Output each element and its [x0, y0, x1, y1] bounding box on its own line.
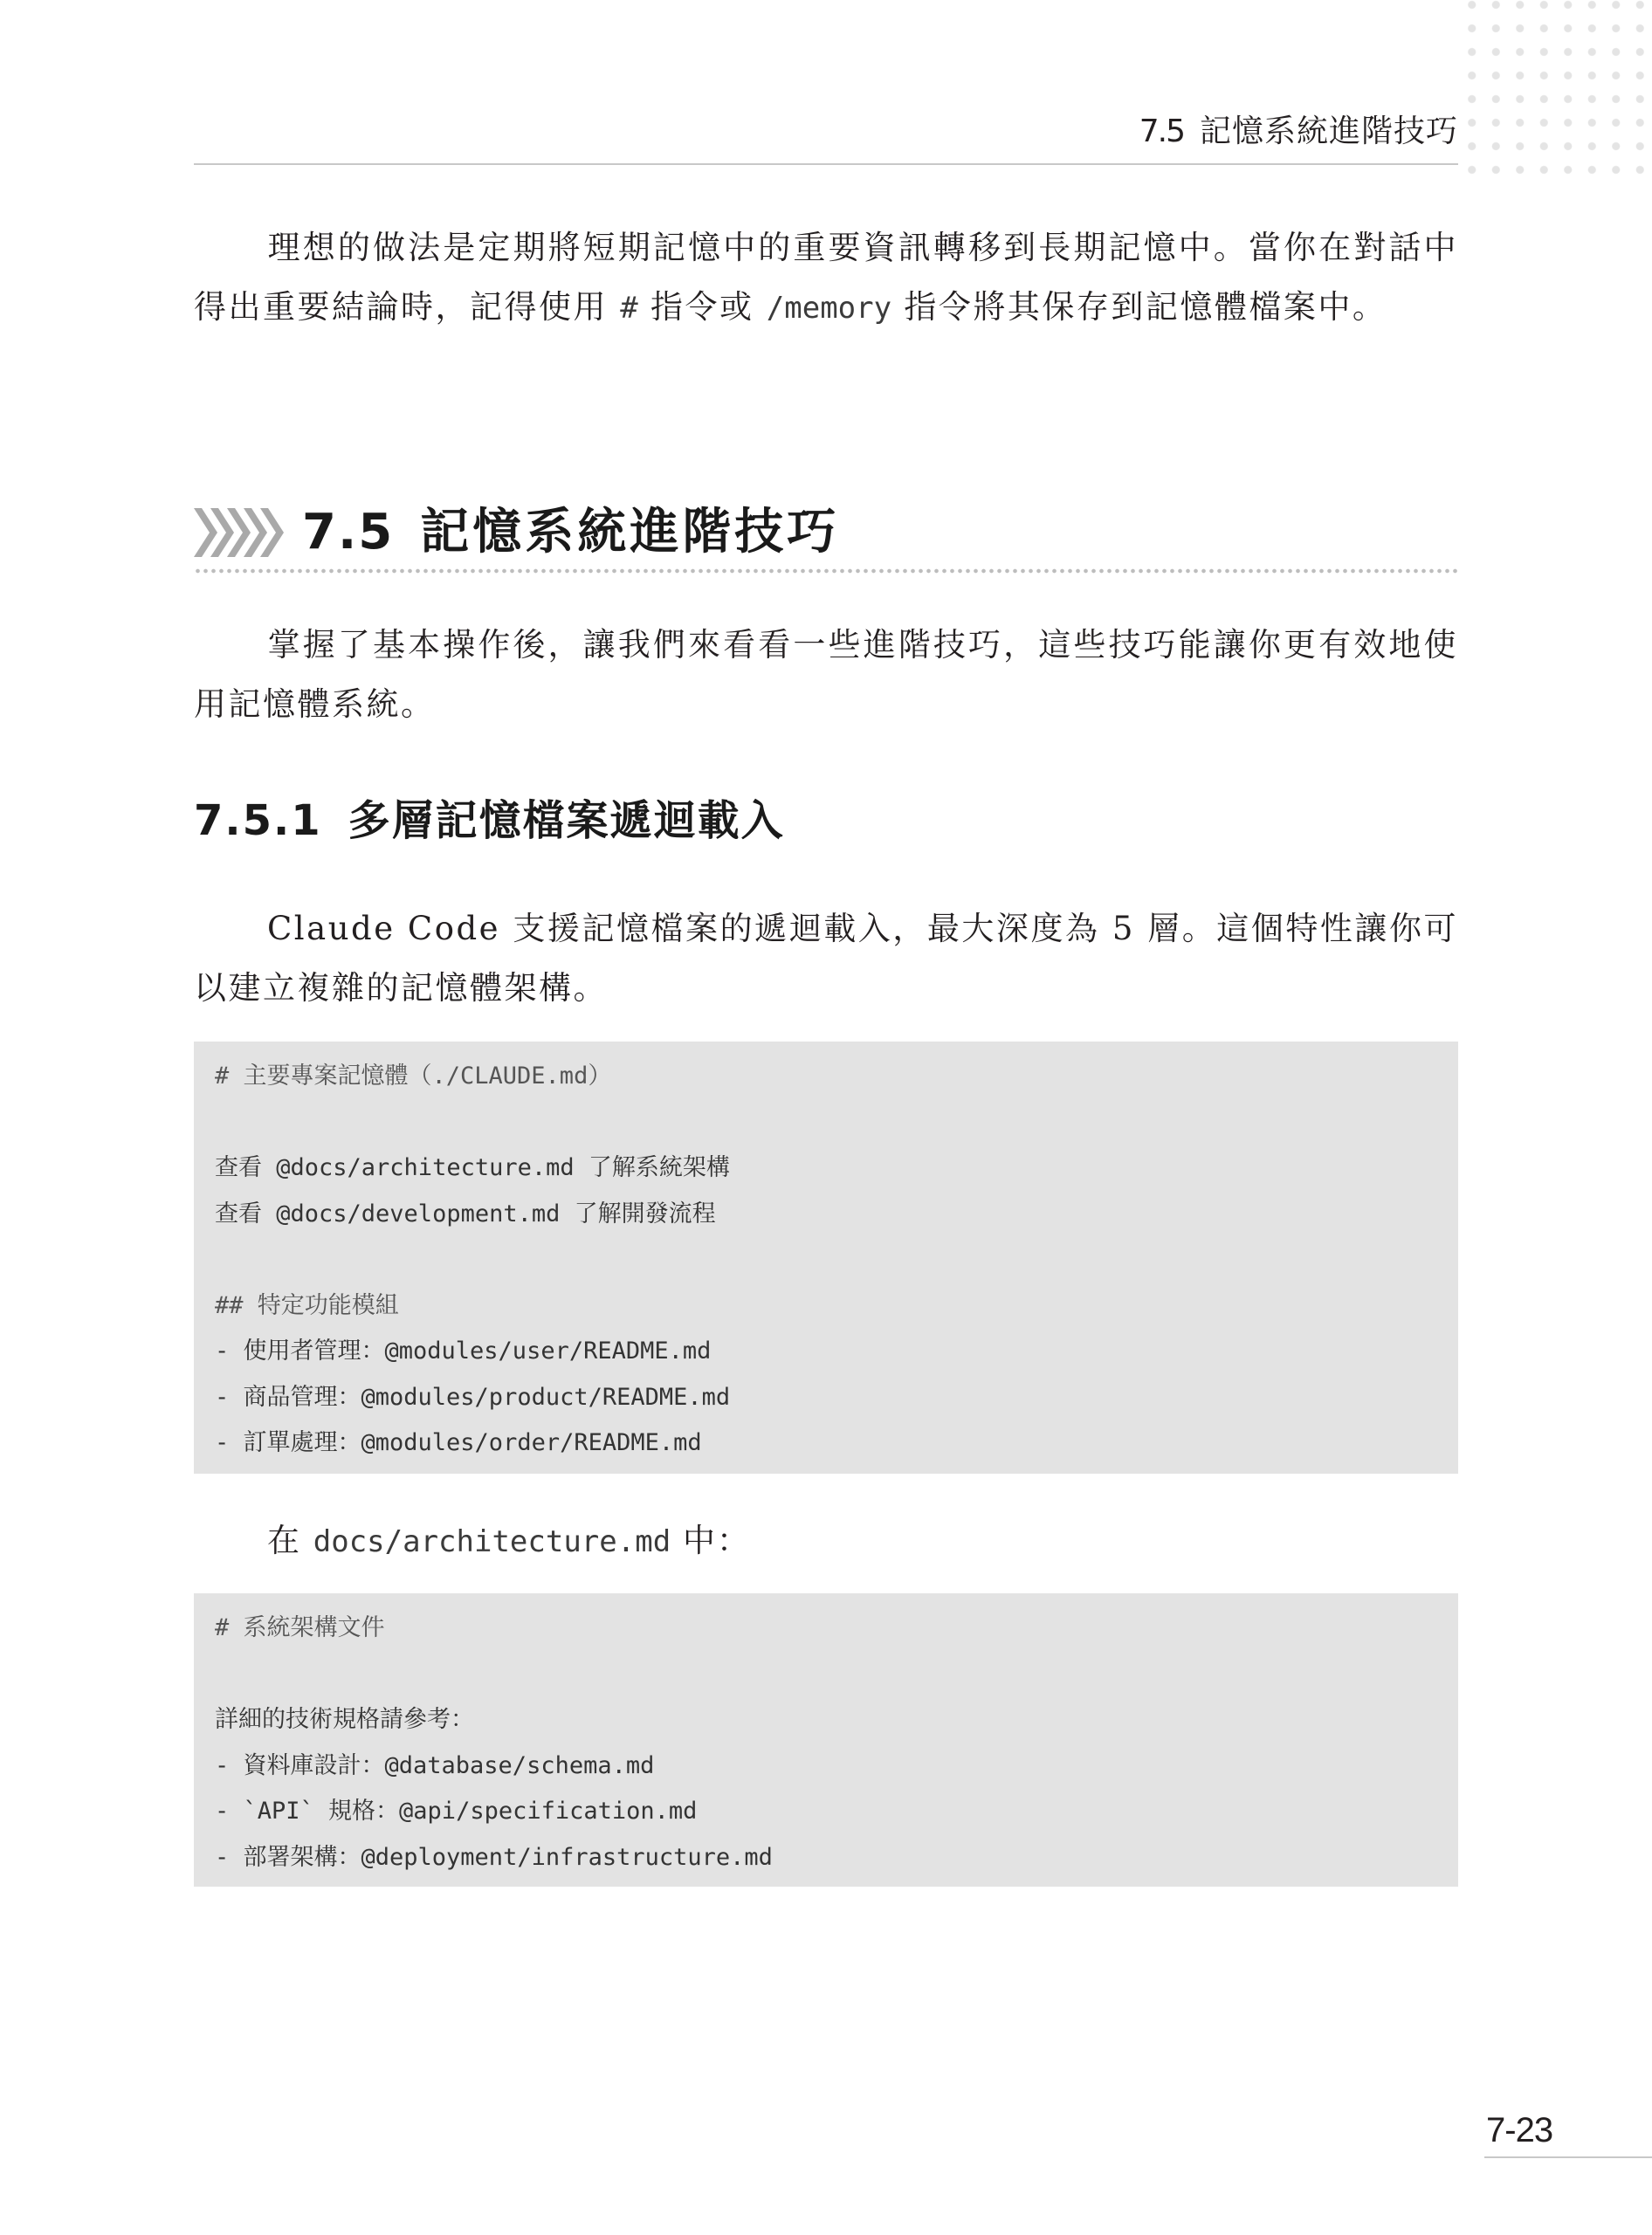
- lead-in-filename: docs/architecture.md: [313, 1524, 671, 1559]
- code-block-claude-md: # 主要專案記憶體（./CLAUDE.md） 查看 @docs/architec…: [194, 1042, 1458, 1474]
- code-line: [215, 1652, 1437, 1698]
- intro-text-3: 指令將其保存到記憶體檔案中。: [904, 288, 1387, 326]
- code-line: - 資料庫設計：@database/schema.md: [215, 1743, 1437, 1790]
- running-header: 7.5記憶系統進階技巧: [1139, 107, 1458, 151]
- code-lead-in: 在 docs/architecture.md 中：: [267, 1515, 751, 1568]
- memory-command: /memory: [767, 291, 891, 326]
- section-dotted-rule: [194, 568, 1458, 574]
- running-header-title: 記憶系統進階技巧: [1200, 113, 1458, 149]
- running-header-number: 7.5: [1139, 113, 1184, 149]
- code-line: [215, 1100, 1437, 1146]
- hash-symbol: #: [620, 291, 637, 326]
- code-line: - `API` 規格：@api/specification.md: [215, 1789, 1437, 1835]
- decorative-dot-grid: [1460, 0, 1652, 175]
- code-line: - 部署架構：@deployment/infrastructure.md: [215, 1835, 1437, 1881]
- code-line: - 訂單處理：@modules/order/README.md: [215, 1420, 1437, 1467]
- chevron-stripes-icon: [194, 508, 290, 557]
- intro-text-2: 指令或: [650, 288, 754, 326]
- section-paragraph-text: 掌握了基本操作後，讓我們來看看一些進階技巧，這些技巧能讓你更有效地使用記憶體系統…: [194, 626, 1458, 723]
- subsection-paragraph-text: Claude Code 支援記憶檔案的遞迴載入，最大深度為 5 層。這個特性讓你…: [194, 910, 1458, 1007]
- subsection-heading: 7.5.1多層記憶檔案遞迴載入: [194, 786, 785, 856]
- code-line: - 使用者管理：@modules/user/README.md: [215, 1329, 1437, 1375]
- section-title: 7.5記憶系統進階技巧: [302, 496, 839, 569]
- lead-in-prefix: 在: [267, 1522, 301, 1559]
- section-heading: 7.5記憶系統進階技巧: [194, 496, 1458, 574]
- section-paragraph: 掌握了基本操作後，讓我們來看看一些進階技巧，這些技巧能讓你更有效地使用記憶體系統…: [194, 615, 1458, 734]
- page-number-rule: [1484, 2156, 1652, 2158]
- section-number: 7.5: [302, 504, 394, 560]
- code-block-architecture-md: # 系統架構文件 詳細的技術規格請參考： - 資料庫設計：@database/s…: [194, 1593, 1458, 1887]
- code-line: [215, 1237, 1437, 1283]
- code-line: 查看 @docs/architecture.md 了解系統架構: [215, 1145, 1437, 1192]
- code-line: # 主要專案記憶體（./CLAUDE.md）: [215, 1054, 1437, 1100]
- code-line: - 商品管理：@modules/product/README.md: [215, 1375, 1437, 1421]
- section-title-text: 記憶系統進階技巧: [420, 504, 839, 560]
- subsection-number: 7.5.1: [194, 796, 322, 845]
- code-line: ## 特定功能模組: [215, 1283, 1437, 1330]
- code-line: # 系統架構文件: [215, 1606, 1437, 1652]
- code-line: 查看 @docs/development.md 了解開發流程: [215, 1192, 1437, 1238]
- page-number: 7-23: [1486, 2111, 1552, 2150]
- subsection-paragraph: Claude Code 支援記憶檔案的遞迴載入，最大深度為 5 層。這個特性讓你…: [194, 899, 1458, 1018]
- lead-in-suffix: 中：: [683, 1522, 751, 1559]
- header-rule: [194, 163, 1458, 165]
- intro-paragraph: 理想的做法是定期將短期記憶中的重要資訊轉移到長期記憶中。當你在對話中得出重要結論…: [194, 218, 1458, 338]
- code-line: 詳細的技術規格請參考：: [215, 1697, 1437, 1743]
- subsection-title-text: 多層記憶檔案遞迴載入: [348, 796, 785, 845]
